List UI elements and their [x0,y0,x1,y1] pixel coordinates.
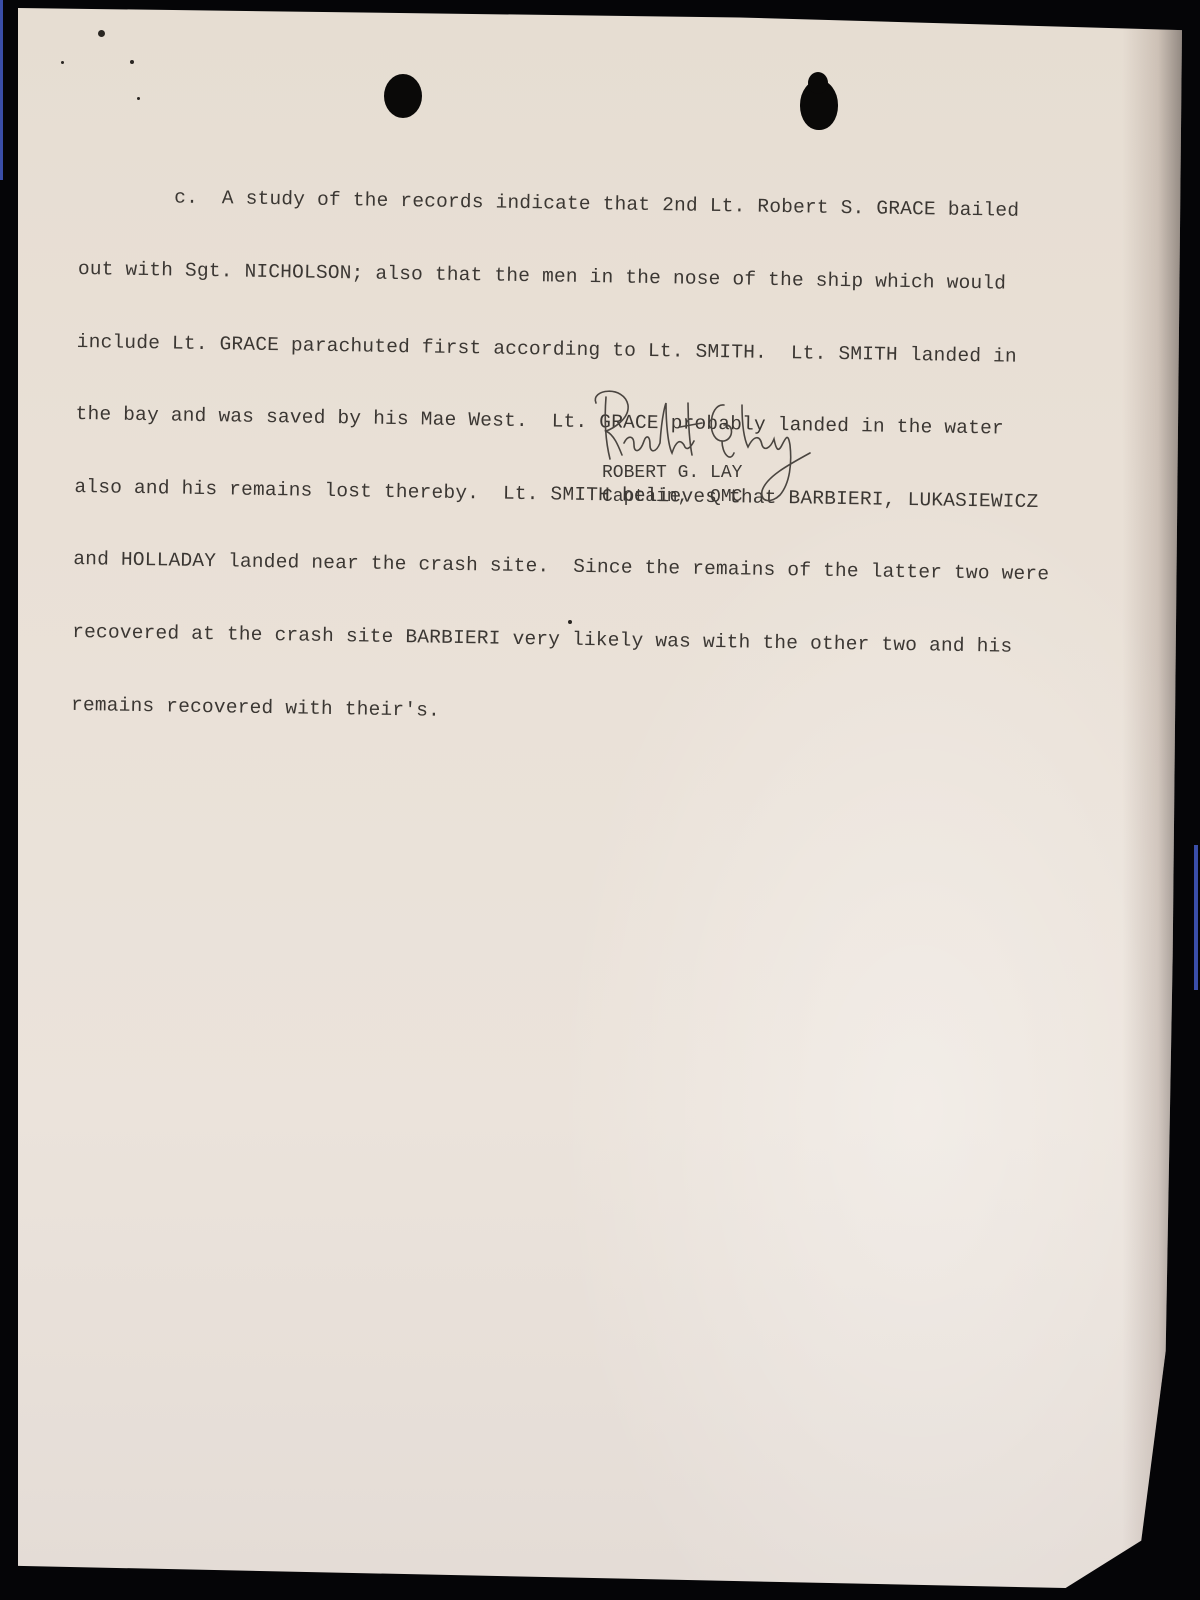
signature-block: ROBERT G. LAY Captain, QMC [584,383,844,523]
page-edge-shadow [1122,8,1182,1588]
body-line: and HOLLADAY landed near the crash site.… [73,547,1113,588]
speck [98,30,105,37]
speck [137,97,140,100]
punch-hole-right [800,80,838,130]
body-line: out with Sgt. NICHOLSON; also that the m… [78,257,1118,298]
signatory-name: ROBERT G. LAY [602,463,742,483]
signatory-title: Captain, QMC [602,487,742,507]
body-line: remains recovered with their's. [71,693,1111,734]
left-edge-mark [0,0,3,180]
body-line: include Lt. GRACE parachuted first accor… [77,330,1117,371]
document-page: c. A study of the records indicate that … [18,8,1182,1588]
body-line: recovered at the crash site BARBIERI ver… [72,620,1112,661]
right-edge-mark [1194,845,1198,990]
punch-hole-left [384,74,422,118]
speck [61,61,64,64]
body-line: c. A study of the records indicate that … [79,184,1119,225]
scan-background: c. A study of the records indicate that … [0,0,1200,1600]
speck [130,60,134,64]
